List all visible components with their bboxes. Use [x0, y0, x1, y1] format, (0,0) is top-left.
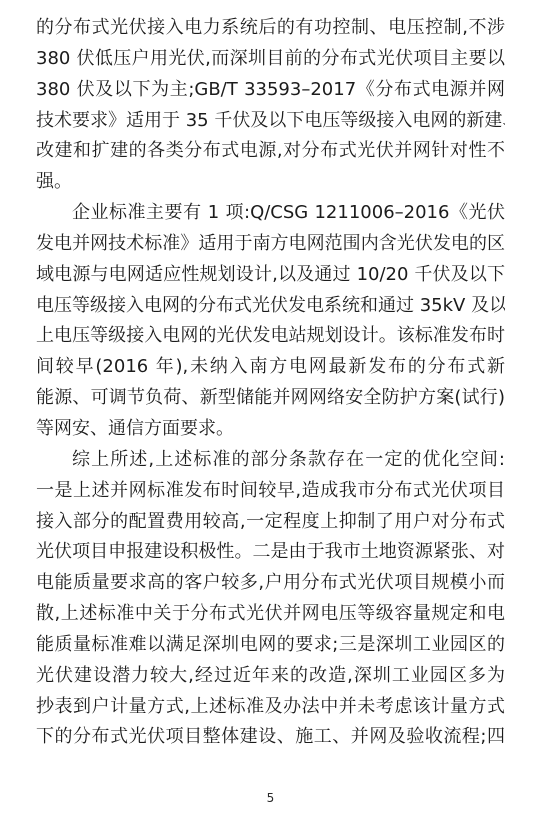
text-line: 技术要求》适用于 35 千伏及以下电压等级接入电网的新建、 [36, 106, 505, 137]
text-line: 强。 [36, 167, 505, 198]
text-line: 企业标准主要有 1 项:Q/CSG 1211006–2016《光伏 [36, 198, 505, 229]
text-line: 上电压等级接入电网的光伏发电站规划设计。该标准发布时 [36, 321, 505, 352]
document-page: 的分布式光伏接入电力系统后的有功控制、电压控制,不涉380 伏低压户用光伏,而深… [0, 0, 541, 813]
text-line: 等网安、通信方面要求。 [36, 414, 505, 445]
text-line: 380 伏低压户用光伏,而深圳目前的分布式光伏项目主要以 [36, 44, 505, 75]
text-line: 域电源与电网适应性规划设计,以及通过 10/20 千伏及以下 [36, 260, 505, 291]
text-line: 能源、可调节负荷、新型储能并网网络安全防护方案(试行) [36, 383, 505, 414]
text-line: 电能质量要求高的客户较多,户用分布式光伏项目规模小而 [36, 568, 505, 599]
page-number: 5 [0, 791, 541, 805]
text-line: 散,上述标准中关于分布式光伏并网电压等级容量规定和电 [36, 599, 505, 630]
page-body: 的分布式光伏接入电力系统后的有功控制、电压控制,不涉380 伏低压户用光伏,而深… [36, 13, 505, 753]
paragraph: 综上所述,上述标准的部分条款存在一定的优化空间:一是上述并网标准发布时间较早,造… [36, 445, 505, 753]
text-line: 380 伏及以下为主;GB/T 33593–2017《分布式电源并网 [36, 75, 505, 106]
text-line: 综上所述,上述标准的部分条款存在一定的优化空间: [36, 445, 505, 476]
paragraph: 企业标准主要有 1 项:Q/CSG 1211006–2016《光伏发电并网技术标… [36, 198, 505, 445]
text-line: 接入部分的配置费用较高,一定程度上抑制了用户对分布式 [36, 507, 505, 538]
text-line: 下的分布式光伏项目整体建设、施工、并网及验收流程;四 [36, 722, 505, 753]
text-line: 间较早(2016 年),未纳入南方电网最新发布的分布式新 [36, 352, 505, 383]
paragraph: 的分布式光伏接入电力系统后的有功控制、电压控制,不涉380 伏低压户用光伏,而深… [36, 13, 505, 198]
text-line: 抄表到户计量方式,上述标准及办法中并未考虑该计量方式 [36, 692, 505, 723]
text-line: 能质量标准难以满足深圳电网的要求;三是深圳工业园区的 [36, 630, 505, 661]
text-line: 光伏项目申报建设积极性。二是由于我市土地资源紧张、对 [36, 537, 505, 568]
text-line: 的分布式光伏接入电力系统后的有功控制、电压控制,不涉 [36, 13, 505, 44]
text-line: 一是上述并网标准发布时间较早,造成我市分布式光伏项目 [36, 476, 505, 507]
text-line: 改建和扩建的各类分布式电源,对分布式光伏并网针对性不 [36, 136, 505, 167]
text-line: 发电并网技术标准》适用于南方电网范围内含光伏发电的区 [36, 229, 505, 260]
text-line: 电压等级接入电网的分布式光伏发电系统和通过 35kV 及以 [36, 291, 505, 322]
text-line: 光伏建设潜力较大,经过近年来的改造,深圳工业园区多为 [36, 661, 505, 692]
